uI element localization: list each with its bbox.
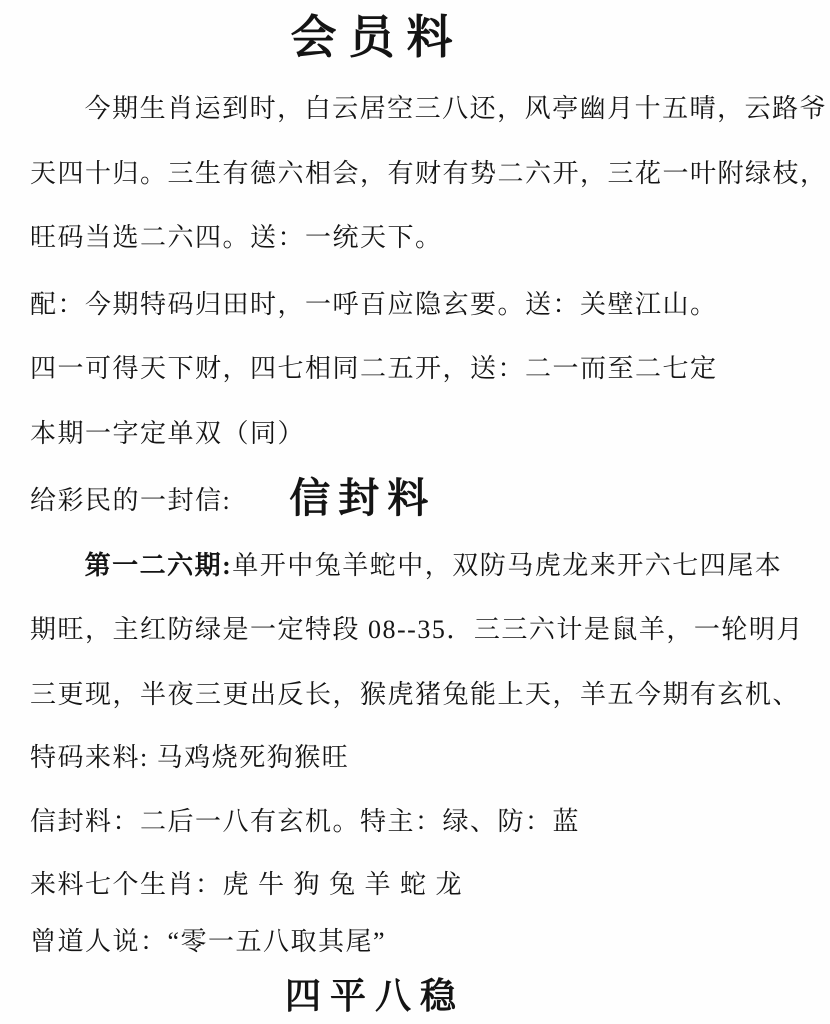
letter-line-1-text: 单开中兔羊蛇中，双防马虎龙来开六七四尾本 xyxy=(232,551,782,580)
danshuang-line: 本期一字定单双（同） xyxy=(30,413,830,455)
letter-heading: 信封料 xyxy=(289,472,436,524)
letter-line-3: 三更现，半夜三更出反长，猴虎猪兔能上天，羊五今期有玄机、 xyxy=(30,674,830,716)
zodiac-line: 来料七个生肖：虎 牛 狗 兔 羊 蛇 龙 xyxy=(30,864,830,906)
verse-line-2: 天四十归。三生有德六相会，有财有势二六开，三花一叶附绿枝， xyxy=(30,153,830,195)
pei-line: 配：今期特码归田时，一呼百应隐玄要。送：关壁江山。 xyxy=(30,284,830,326)
siyi-line: 四一可得天下财，四七相同二五开，送：二一而至二七定 xyxy=(30,348,830,390)
letter-line-2: 期旺，主红防绿是一定特段 08--35．三三六计是鼠羊，一轮明月 xyxy=(30,609,830,651)
quote-line: 曾道人说：“零一五八取其尾” xyxy=(30,921,830,963)
letter-line-1: 第一二六期:单开中兔羊蛇中，双防马虎龙来开六七四尾本 xyxy=(30,545,830,587)
scanned-page: 会员料 今期生肖运到时，白云居空三八还，风亭幽月十五晴，云路爷 天四十归。三生有… xyxy=(0,0,830,1024)
envelope-line: 信封料：二后一八有玄机。特主：绿、防：蓝 xyxy=(30,801,830,843)
issue-label: 第一二六期: xyxy=(85,551,233,580)
page-title: 会员料 xyxy=(0,10,755,66)
tema-line: 特码来料: 马鸡烧死狗猴旺 xyxy=(30,737,830,779)
footer-slogan: 四平八稳 xyxy=(0,972,750,1020)
verse-line-1: 今期生肖运到时，白云居空三八还，风亭幽月十五晴，云路爷 xyxy=(30,88,830,130)
letter-heading-row: 给彩民的一封信: 信封料 xyxy=(30,472,830,524)
letter-intro-label: 给彩民的一封信: xyxy=(30,478,231,524)
verse-line-3: 旺码当选二六四。送：一统天下。 xyxy=(30,217,830,259)
